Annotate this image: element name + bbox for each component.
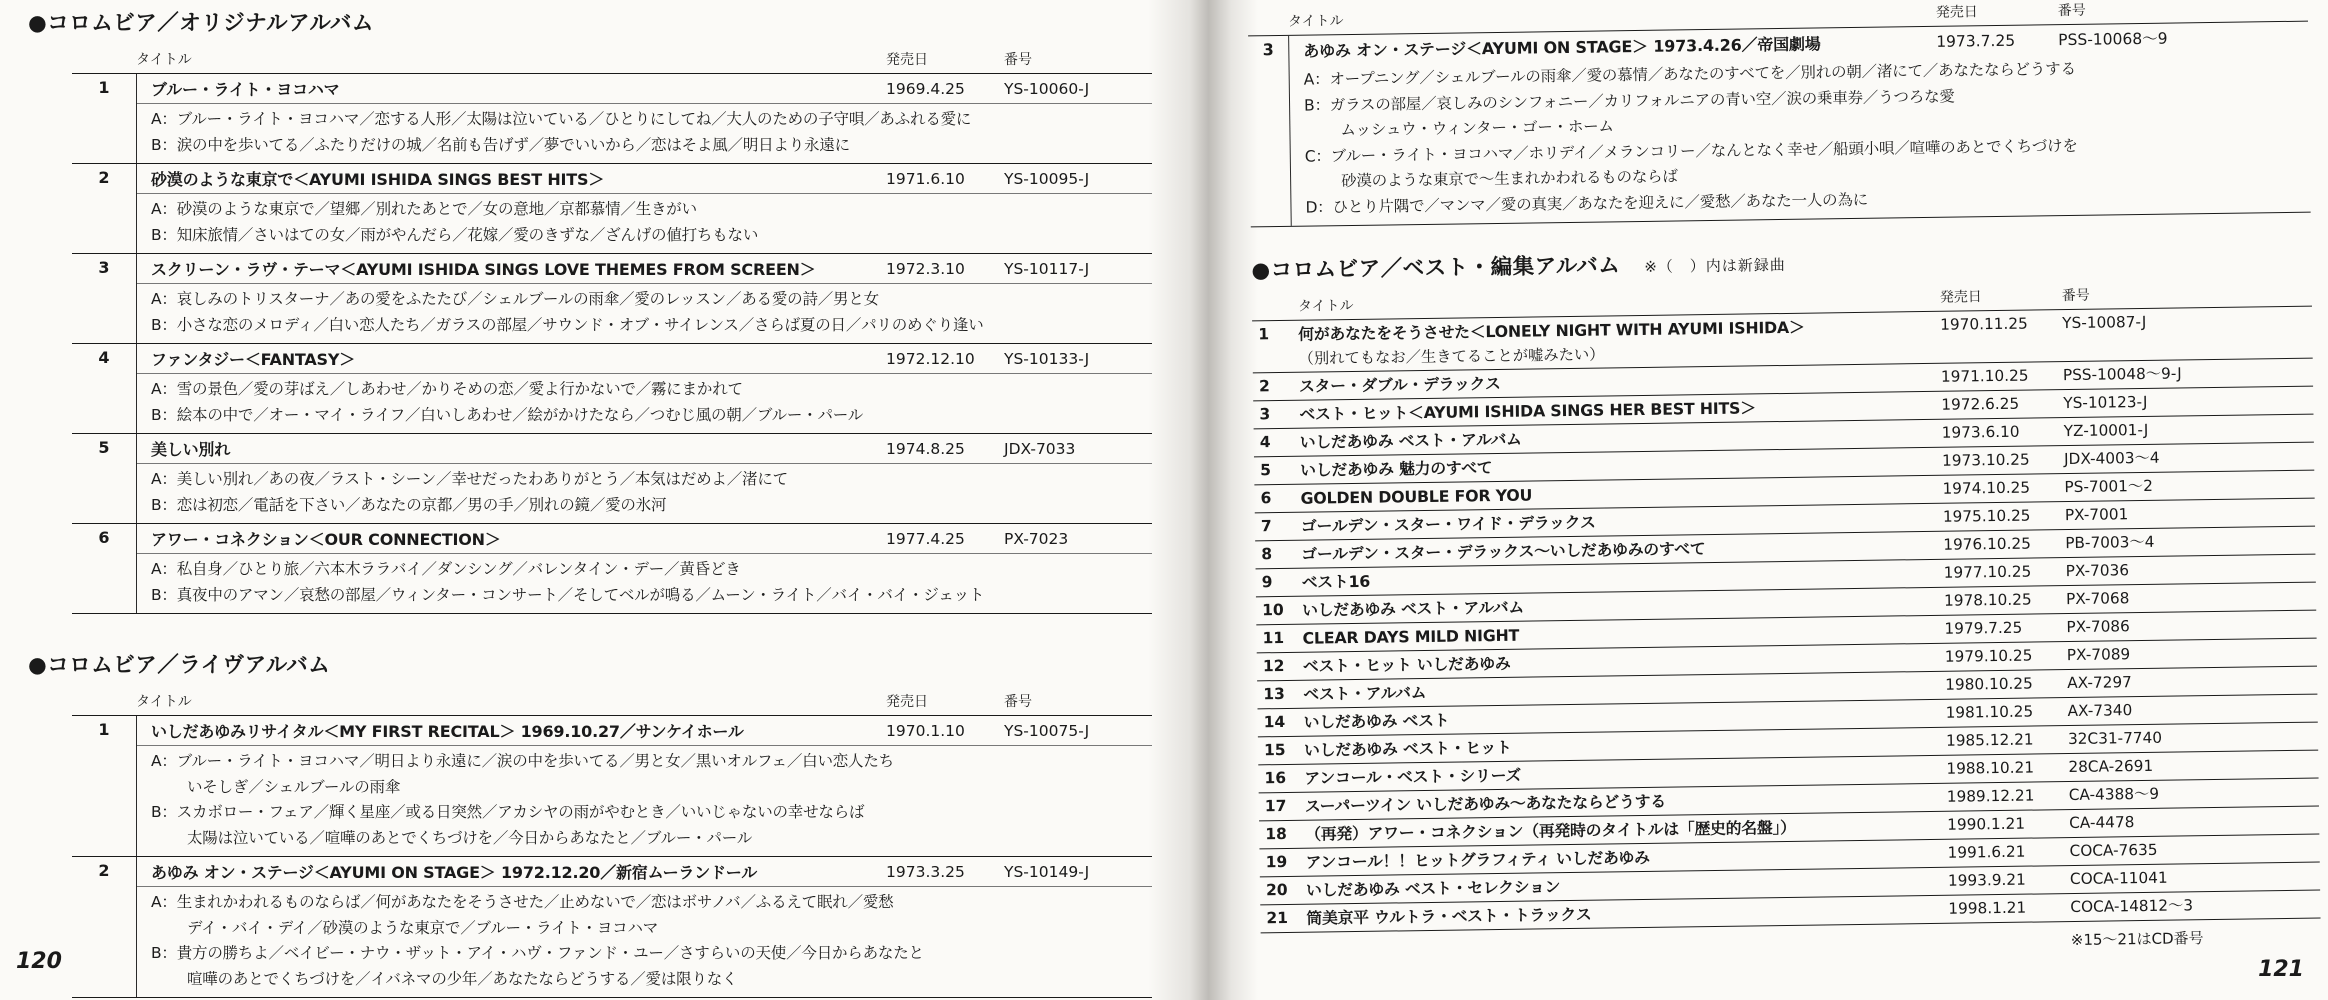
- release-date: 1973.10.25: [1942, 447, 2064, 474]
- album-title: アワー・コネクション＜OUR CONNECTION＞: [151, 528, 886, 551]
- catalog-number: PB-7003～4: [2065, 528, 2315, 556]
- track-list-line: A：雪の景色／愛の芽ばえ／しあわせ／かりそめの恋／愛よ行かないで／霧にまかれて: [151, 377, 1152, 403]
- catalog-number: YS-10149-J: [1004, 861, 1152, 884]
- album-number: 14: [1258, 710, 1304, 736]
- catalog-number: PX-7036: [2065, 556, 2315, 584]
- album-body: あゆみ オン・ステージ＜AYUMI ON STAGE＞ 1972.12.20／新…: [137, 857, 1152, 997]
- page-right-content: タイトル発売日番号3あゆみ オン・ステージ＜AYUMI ON STAGE＞ 19…: [1248, 0, 2321, 961]
- album-title: あゆみ オン・ステージ＜AYUMI ON STAGE＞ 1972.12.20／新…: [151, 861, 886, 884]
- catalog-number: YS-10117-J: [1004, 258, 1152, 281]
- album-head: 美しい別れ1974.8.25JDX-7033: [137, 434, 1152, 464]
- release-date: 1974.10.25: [1942, 475, 2064, 502]
- catalog-number: COCA-14812～3: [2070, 892, 2320, 920]
- album-number: 7: [1255, 514, 1301, 540]
- column-header-spacer: [86, 49, 136, 69]
- column-headers: タイトル発売日番号: [72, 47, 1152, 73]
- album-title: ブルー・ライト・ヨコハマ: [151, 78, 886, 101]
- release-date: 1973.3.25: [886, 861, 1004, 884]
- live-albums-table: タイトル発売日番号1いしだあゆみリサイタル＜MY FIRST RECITAL＞ …: [72, 689, 1152, 998]
- album-title-cell: 何があなたをそうさせた＜LONELY NIGHT WITH AYUMI ISHI…: [1298, 313, 1941, 371]
- column-header-spacer: [1252, 296, 1298, 317]
- album-number: 2: [72, 857, 137, 997]
- catalog-number: YS-10075-J: [1004, 720, 1152, 743]
- track-list-line: A：砂漠のような東京で／望郷／別れたあとで／女の意地／京都慕情／生きがい: [151, 197, 1152, 223]
- release-date: 1975.10.25: [1943, 503, 2065, 530]
- album-title: ファンタジー＜FANTASY＞: [151, 348, 886, 371]
- album-head: ブルー・ライト・ヨコハマ1969.4.25YS-10060-J: [137, 74, 1152, 104]
- album-head: あゆみ オン・ステージ＜AYUMI ON STAGE＞ 1972.12.20／新…: [137, 857, 1152, 887]
- catalog-number: PX-7086: [2066, 612, 2316, 640]
- album-row: 6アワー・コネクション＜OUR CONNECTION＞1977.4.25PX-7…: [72, 523, 1152, 613]
- track-list-line: B：スカボロー・フェア／輝く星座／或る日突然／アカシヤの雨がやむとき／いいじゃな…: [151, 800, 1152, 826]
- album-number: 1: [72, 74, 137, 163]
- album-body: 美しい別れ1974.8.25JDX-7033A：美しい別れ／あの夜／ラスト・シー…: [137, 434, 1152, 523]
- column-header-date: 発売日: [886, 691, 1004, 711]
- release-date: 1980.10.25: [1945, 671, 2067, 698]
- catalog-number: 32C31-7740: [2068, 724, 2318, 752]
- release-date: 1972.3.10: [886, 258, 1004, 281]
- album-row: 3あゆみ オン・ステージ＜AYUMI ON STAGE＞ 1973.4.26／帝…: [1248, 21, 2311, 227]
- album-number: 8: [1255, 542, 1301, 568]
- section-heading-live: ●コロムビア／ライヴアルバム: [28, 648, 1152, 679]
- release-date: 1990.1.21: [1947, 811, 2069, 838]
- album-body: スクリーン・ラヴ・テーマ＜AYUMI ISHIDA SINGS LOVE THE…: [137, 254, 1152, 343]
- track-list-line: 喧嘩のあとでくちづけを／イバネマの少年／あなたならどうする／愛は限りなく: [151, 967, 1152, 993]
- release-date: 1991.6.21: [1947, 839, 2069, 866]
- track-list: A：雪の景色／愛の芽ばえ／しあわせ／かりそめの恋／愛よ行かないで／霧にまかれてB…: [137, 374, 1152, 433]
- catalog-number: YS-10095-J: [1004, 168, 1152, 191]
- track-list-line: B：恋は初恋／電話を下さい／あなたの京都／男の手／別れの鏡／愛の氷河: [151, 493, 1152, 519]
- track-list-line: B：小さな恋のメロディ／白い恋人たち／ガラスの部屋／サウンド・オブ・サイレンス／…: [151, 313, 1152, 339]
- section-heading-best: ●コロムビア／ベスト・編集アルバム: [1251, 253, 1620, 283]
- release-date: 1973.6.10: [1942, 419, 2064, 446]
- album-title: 砂漠のような東京で＜AYUMI ISHIDA SINGS BEST HITS＞: [151, 168, 886, 191]
- track-list: A：哀しみのトリスターナ／あの愛をふたたび／シェルブールの雨傘／愛のレッスン／あ…: [137, 284, 1152, 343]
- track-list-line: A：ブルー・ライト・ヨコハマ／恋する人形／太陽は泣いている／ひとりにしてね／大人…: [151, 107, 1152, 133]
- catalog-number: JDX-7033: [1004, 438, 1152, 461]
- release-date: 1989.12.21: [1947, 783, 2069, 810]
- track-list-line: A：美しい別れ／あの夜／ラスト・シーン／幸せだったわありがとう／本気はだめよ／渚…: [151, 467, 1152, 493]
- album-number: 2: [1253, 374, 1299, 400]
- album-head: アワー・コネクション＜OUR CONNECTION＞1977.4.25PX-70…: [137, 524, 1152, 554]
- release-date: 1969.4.25: [886, 78, 1004, 101]
- cd-number-footnote: ※15～21はCD番号: [2071, 919, 2321, 950]
- album-number: 12: [1257, 654, 1303, 680]
- track-list-line: B：貴方の勝ちよ／ベイビー・ナウ・ザット・アイ・ハヴ・ファンド・ユー／さすらいの…: [151, 941, 1152, 967]
- column-header-number: 番号: [1004, 691, 1152, 711]
- release-date: 1981.10.25: [1945, 699, 2067, 726]
- track-list-line: B：知床旅情／さいはての女／雨がやんだら／花嫁／愛のきずな／ざんげの値打ちもない: [151, 223, 1152, 249]
- page-gutter: [1148, 0, 1258, 1000]
- album-number: 9: [1256, 570, 1302, 596]
- album-number: 1: [72, 716, 137, 856]
- album-number: 2: [72, 164, 137, 253]
- catalog-number: PX-7001: [2065, 500, 2315, 528]
- catalog-number: 28CA-2691: [2068, 752, 2318, 780]
- catalog-number: JDX-4003～4: [2064, 444, 2314, 472]
- track-list: A：砂漠のような東京で／望郷／別れたあとで／女の意地／京都慕情／生きがいB：知床…: [137, 194, 1152, 253]
- catalog-number: YS-10133-J: [1004, 348, 1152, 371]
- album-head: ファンタジー＜FANTASY＞1972.12.10YS-10133-J: [137, 344, 1152, 374]
- catalog-number: CA-4478: [2069, 808, 2319, 836]
- album-title: スクリーン・ラヴ・テーマ＜AYUMI ISHIDA SINGS LOVE THE…: [151, 258, 886, 281]
- column-header-title: タイトル: [136, 49, 886, 69]
- album-body: ファンタジー＜FANTASY＞1972.12.10YS-10133-JA：雪の景…: [137, 344, 1152, 433]
- track-list-line: いそしぎ／シェルブールの雨傘: [151, 775, 1152, 801]
- album-number: 1: [1252, 322, 1299, 372]
- track-list: A：生まれかわれるものならば／何があなたをそうさせた／止めないで／恋はボサノバ／…: [137, 887, 1152, 997]
- album-number: 3: [1253, 402, 1299, 428]
- track-list-line: A：哀しみのトリスターナ／あの愛をふたたび／シェルブールの雨傘／愛のレッスン／あ…: [151, 287, 1152, 313]
- catalog-number: AX-7297: [2067, 668, 2317, 696]
- column-header-date: 発売日: [886, 49, 1004, 69]
- page-number-right: 121: [2258, 957, 2304, 982]
- album-row: 2あゆみ オン・ステージ＜AYUMI ON STAGE＞ 1972.12.20／…: [72, 856, 1152, 997]
- live-albums-continuation-table: タイトル発売日番号3あゆみ オン・ステージ＜AYUMI ON STAGE＞ 19…: [1248, 0, 2311, 227]
- catalog-number: AX-7340: [2067, 696, 2317, 724]
- album-body: 砂漠のような東京で＜AYUMI ISHIDA SINGS BEST HITS＞1…: [137, 164, 1152, 253]
- catalog-number: YS-10123-J: [2063, 388, 2313, 416]
- album-body: アワー・コネクション＜OUR CONNECTION＞1977.4.25PX-70…: [137, 524, 1152, 613]
- track-list-line: A：生まれかわれるものならば／何があなたをそうさせた／止めないで／恋はボサノバ／…: [151, 890, 1152, 916]
- album-number: 3: [72, 254, 137, 343]
- track-list-line: デイ・バイ・デイ／砂漠のような東京で／ブルー・ライト・ヨコハマ: [151, 916, 1152, 942]
- release-date: 1988.10.21: [1946, 755, 2068, 782]
- catalog-number: PX-7068: [2066, 584, 2316, 612]
- track-list-line: A：私自身／ひとり旅／六本木ララバイ／ダンシング／バレンタイン・デー／黄昏どき: [151, 557, 1152, 583]
- album-row: 1ブルー・ライト・ヨコハマ1969.4.25YS-10060-JA：ブルー・ライ…: [72, 73, 1152, 163]
- album-number: 21: [1260, 906, 1306, 932]
- release-date: 1971.6.10: [886, 168, 1004, 191]
- release-date: 1970.1.10: [886, 720, 1004, 743]
- section-heading-best-wrap: ●コロムビア／ベスト・編集アルバム ※（ ）内は新録曲: [1251, 239, 2311, 285]
- release-date: 1973.7.25: [1936, 29, 2058, 54]
- album-title: 筒美京平 ウルトラ・ベスト・トラックス: [1306, 897, 1948, 931]
- album-body: ブルー・ライト・ヨコハマ1969.4.25YS-10060-JA：ブルー・ライト…: [137, 74, 1152, 163]
- column-header-title: タイトル: [136, 691, 886, 711]
- catalog-number: YS-10060-J: [1004, 78, 1152, 101]
- catalog-number: COCA-11041: [2070, 864, 2320, 892]
- album-number: 13: [1257, 682, 1303, 708]
- album-row: 2砂漠のような東京で＜AYUMI ISHIDA SINGS BEST HITS＞…: [72, 163, 1152, 253]
- track-list: A：美しい別れ／あの夜／ラスト・シーン／幸せだったわありがとう／本気はだめよ／渚…: [137, 464, 1152, 523]
- album-row: 4ファンタジー＜FANTASY＞1972.12.10YS-10133-JA：雪の…: [72, 343, 1152, 433]
- column-header-date: 発売日: [1936, 0, 2058, 22]
- album-number: 4: [72, 344, 137, 433]
- release-date: 1976.10.25: [1943, 531, 2065, 558]
- track-list: A：ブルー・ライト・ヨコハマ／明日より永遠に／涙の中を歩いてる／男と女／黒いオル…: [137, 746, 1152, 856]
- album-number: 6: [72, 524, 137, 613]
- album-number: 4: [1254, 430, 1300, 456]
- page-left: ●コロムビア／オリジナルアルバム タイトル発売日番号1ブルー・ライト・ヨコハマ1…: [28, 6, 1152, 998]
- release-date: 1979.10.25: [1945, 643, 2067, 670]
- page-number-left: 120: [16, 949, 62, 974]
- best-albums-table: 1何があなたをそうさせた＜LONELY NIGHT WITH AYUMI ISH…: [1252, 306, 2320, 934]
- album-number: 18: [1259, 822, 1305, 848]
- column-header-number: 番号: [2058, 0, 2308, 20]
- album-body: いしだあゆみリサイタル＜MY FIRST RECITAL＞ 1969.10.27…: [137, 716, 1152, 856]
- album-number: 3: [1248, 36, 1292, 227]
- catalog-number: CA-4388～9: [2069, 780, 2319, 808]
- track-list-line: A：ブルー・ライト・ヨコハマ／明日より永遠に／涙の中を歩いてる／男と女／黒いオル…: [151, 749, 1152, 775]
- release-date: 1977.10.25: [1944, 559, 2066, 586]
- catalog-number: YZ-10001-J: [2064, 416, 2314, 444]
- album-row: 5美しい別れ1974.8.25JDX-7033A：美しい別れ／あの夜／ラスト・シ…: [72, 433, 1152, 523]
- release-date: 1972.12.10: [886, 348, 1004, 371]
- album-head: いしだあゆみリサイタル＜MY FIRST RECITAL＞ 1969.10.27…: [137, 716, 1152, 746]
- album-number: 5: [72, 434, 137, 523]
- column-header-number: 番号: [2062, 282, 2312, 305]
- album-title: 美しい別れ: [151, 438, 886, 461]
- catalog-number: PSS-10048～9-J: [2063, 360, 2313, 388]
- column-headers: タイトル発売日番号: [72, 689, 1152, 715]
- catalog-number: PSS-10068～9: [2058, 26, 2308, 52]
- column-header-number: 番号: [1004, 49, 1152, 69]
- track-list-line: B：真夜中のアマン／哀愁の部屋／ウィンター・コンサート／そしてベルが鳴る／ムーン…: [151, 583, 1152, 609]
- release-date: 1971.10.25: [1941, 363, 2063, 390]
- release-date: 1998.1.21: [1948, 895, 2070, 922]
- album-head: 砂漠のような東京で＜AYUMI ISHIDA SINGS BEST HITS＞1…: [137, 164, 1152, 194]
- catalog-number: PX-7089: [2067, 640, 2317, 668]
- release-date: 1972.6.25: [1941, 391, 2063, 418]
- catalog-number: PS-7001～2: [2064, 472, 2314, 500]
- album-title-cell: 筒美京平 ウルトラ・ベスト・トラックス: [1306, 897, 1948, 931]
- album-number: 19: [1259, 850, 1305, 876]
- album-number: 17: [1259, 794, 1305, 820]
- album-body: あゆみ オン・ステージ＜AYUMI ON STAGE＞ 1973.4.26／帝国…: [1289, 22, 2311, 226]
- release-date: 1993.9.21: [1948, 867, 2070, 894]
- catalog-number: YS-10087-J: [2062, 308, 2313, 360]
- album-number: 15: [1258, 738, 1304, 764]
- album-row: 1いしだあゆみリサイタル＜MY FIRST RECITAL＞ 1969.10.2…: [72, 715, 1152, 856]
- album-head: スクリーン・ラヴ・テーマ＜AYUMI ISHIDA SINGS LOVE THE…: [137, 254, 1152, 284]
- album-number: 11: [1256, 626, 1302, 652]
- track-list: A：私自身／ひとり旅／六本木ララバイ／ダンシング／バレンタイン・デー／黄昏どきB…: [137, 554, 1152, 613]
- column-header-spacer: [86, 691, 136, 711]
- catalog-number: COCA-7635: [2069, 836, 2319, 864]
- track-list-line: B：涙の中を歩いてる／ふたりだけの城／名前も告げず／夢でいいから／恋はそよ風／明…: [151, 133, 1152, 159]
- track-list: A：ブルー・ライト・ヨコハマ／恋する人形／太陽は泣いている／ひとりにしてね／大人…: [137, 104, 1152, 163]
- album-number: 16: [1258, 766, 1304, 792]
- release-date: 1979.7.25: [1944, 615, 2066, 642]
- column-header-date: 発売日: [1940, 285, 2062, 307]
- track-list: A：オープニング／シェルブールの雨傘／愛の慕情／あなたのすべてを／別れの朝／渚に…: [1290, 51, 2311, 226]
- catalog-number: PX-7023: [1004, 528, 1152, 551]
- column-header-spacer: [1262, 11, 1288, 31]
- track-list-line: B：絵本の中で／オー・マイ・ライフ／白いしあわせ／絵がかけたなら／つむじ風の朝／…: [151, 403, 1152, 429]
- section-live-albums: ●コロムビア／ライヴアルバム タイトル発売日番号1いしだあゆみリサイタル＜MY …: [28, 648, 1152, 998]
- release-date: 1985.12.21: [1946, 727, 2068, 754]
- section-original-albums: ●コロムビア／オリジナルアルバム タイトル発売日番号1ブルー・ライト・ヨコハマ1…: [28, 6, 1152, 614]
- section-heading-original: ●コロムビア／オリジナルアルバム: [28, 6, 1152, 37]
- original-albums-table: タイトル発売日番号1ブルー・ライト・ヨコハマ1969.4.25YS-10060-…: [72, 47, 1152, 614]
- release-date: 1970.11.25: [1940, 311, 2063, 362]
- album-row: 3スクリーン・ラヴ・テーマ＜AYUMI ISHIDA SINGS LOVE TH…: [72, 253, 1152, 343]
- page-right: タイトル発売日番号3あゆみ オン・ステージ＜AYUMI ON STAGE＞ 19…: [1253, 2, 2313, 954]
- album-title: いしだあゆみリサイタル＜MY FIRST RECITAL＞ 1969.10.27…: [151, 720, 886, 743]
- new-recording-note: ※（ ）内は新録曲: [1644, 256, 1786, 276]
- release-date: 1974.8.25: [886, 438, 1004, 461]
- track-list-line: 太陽は泣いている／喧嘩のあとでくちづけを／今日からあなたと／ブルー・パール: [151, 826, 1152, 852]
- release-date: 1977.4.25: [886, 528, 1004, 551]
- album-number: 20: [1260, 878, 1306, 904]
- booklet-spread: ●コロムビア／オリジナルアルバム タイトル発売日番号1ブルー・ライト・ヨコハマ1…: [0, 0, 2328, 1000]
- section-best-albums: ●コロムビア／ベスト・編集アルバム ※（ ）内は新録曲 タイトル 発売日 番号 …: [1251, 239, 2321, 962]
- album-number: 6: [1254, 486, 1300, 512]
- album-number: 5: [1254, 458, 1300, 484]
- release-date: 1978.10.25: [1944, 587, 2066, 614]
- album-number: 10: [1256, 598, 1302, 624]
